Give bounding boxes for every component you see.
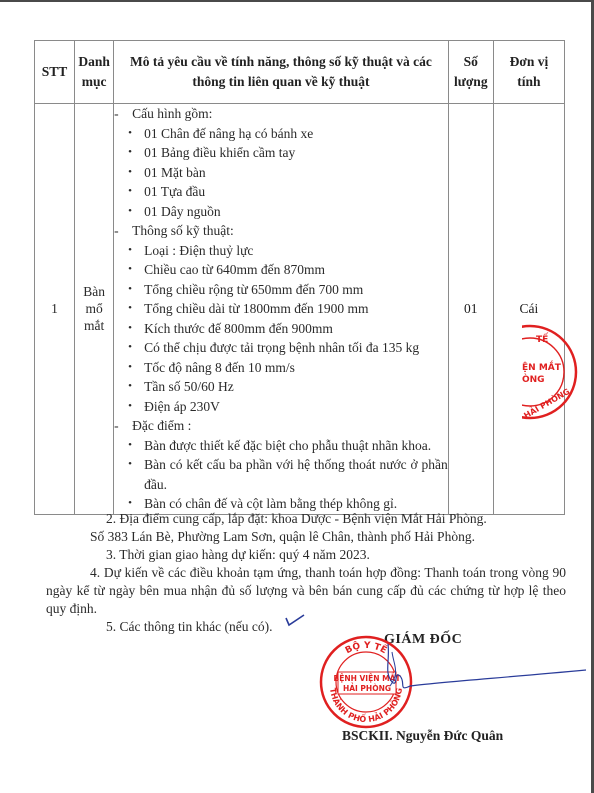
table-header-row: STT Danh mục Mô tả yêu cầu về tính năng,… [35,41,565,104]
bullet-icon: • [128,319,144,339]
list-item: •01 Chân đế nâng hạ có bánh xe [128,124,448,144]
bullet-icon: • [128,436,144,456]
list-item: •Bàn được thiết kế đặc biệt cho phẫu thu… [128,436,448,456]
signer-name: BSCKII. Nguyễn Đức Quân [342,728,503,744]
bullet-icon: • [128,163,144,183]
spec-list: •Bàn được thiết kế đặc biệt cho phẫu thu… [114,436,448,514]
bullet-icon: • [128,260,144,280]
dash-marker: - [114,416,132,436]
bullet-icon: • [128,202,144,222]
note-payment-terms: 4. Dự kiến về các điều khoản tạm ứng, th… [46,564,566,618]
svg-text:ỆN MẮT: ỆN MẮT [522,360,562,373]
list-item: •Tốc độ nâng 8 đến 10 mm/s [128,358,448,378]
list-item: •Loại : Điện thuỷ lực [128,241,448,261]
list-item: •01 Dây nguồn [128,202,448,222]
list-item: •01 Bảng điều khiển cầm tay [128,143,448,163]
list-item: •01 Mặt bàn [128,163,448,183]
cell-quantity: 01 [448,104,493,515]
document-page: STT Danh mục Mô tả yêu cầu về tính năng,… [0,2,594,793]
stamp-icon: TẾ ỆN MẮT ÒNG HẢI PHÒNG [500,322,592,422]
spec-list: •01 Chân đế nâng hạ có bánh xe•01 Bảng đ… [114,124,448,222]
list-item: •Tổng chiều rộng từ 650mm đến 700 mm [128,280,448,300]
specification-table: STT Danh mục Mô tả yêu cầu về tính năng,… [34,40,565,515]
spec-section-title: -Cấu hình gồm: [114,104,448,124]
bullet-icon: • [128,182,144,202]
list-item: •Kích thước đế 800mm đến 900mm [128,319,448,339]
bullet-icon: • [128,241,144,261]
note-delivery-location: 2. Địa điểm cung cấp, lắp đặt: khoa Dược… [62,510,562,528]
header-description: Mô tả yêu cầu về tính năng, thông số kỹ … [114,41,449,104]
note-other-info: 5. Các thông tin khác (nếu có). [62,618,562,636]
list-item: •Tổng chiều dài từ 1800mm đến 1900 mm [128,299,448,319]
header-stt: STT [35,41,75,104]
list-item: •Tần số 50/60 Hz [128,377,448,397]
cell-description: -Cấu hình gồm:•01 Chân đế nâng hạ có bán… [114,104,449,515]
bullet-icon: • [128,377,144,397]
bullet-icon: • [128,338,144,358]
header-category: Danh mục [75,41,114,104]
svg-text:TẾ: TẾ [536,332,549,345]
list-item: •Có thể chịu được tải trọng bệnh nhân tố… [128,338,448,358]
dash-marker: - [114,221,132,241]
bullet-icon: • [128,397,144,417]
cell-category: Bàn mổ mắt [75,104,114,515]
bullet-icon: • [128,455,144,494]
signature-icon [380,642,590,702]
header-unit: Đơn vị tính [493,41,564,104]
table-row: 1 Bàn mổ mắt -Cấu hình gồm:•01 Chân đế n… [35,104,565,515]
spec-list: •Loại : Điện thuỷ lực•Chiều cao từ 640mm… [114,241,448,417]
note-delivery-time: 3. Thời gian giao hàng dự kiến: quý 4 nă… [62,546,562,564]
cell-unit: Cái [493,104,564,515]
svg-text:ÒNG: ÒNG [522,373,545,385]
bullet-icon: • [128,299,144,319]
bullet-icon: • [128,280,144,300]
bullet-icon: • [128,143,144,163]
bullet-icon: • [128,124,144,144]
header-quantity: Số lượng [448,41,493,104]
cell-stt: 1 [35,104,75,515]
list-item: •Bàn có kết cấu ba phần với hệ thống tho… [128,455,448,494]
spec-section-title: -Thông số kỹ thuật: [114,221,448,241]
note-address: Số 383 Lán Bè, Phường Lam Sơn, quận lê C… [62,528,562,546]
spec-section-title: -Đặc điểm : [114,416,448,436]
checkmark-icon [284,613,306,627]
notes-section: 2. Địa điểm cung cấp, lắp đặt: khoa Dược… [62,510,562,636]
list-item: •Điện áp 230V [128,397,448,417]
list-item: •Chiều cao từ 640mm đến 870mm [128,260,448,280]
dash-marker: - [114,104,132,124]
bullet-icon: • [128,358,144,378]
list-item: •01 Tựa đầu [128,182,448,202]
